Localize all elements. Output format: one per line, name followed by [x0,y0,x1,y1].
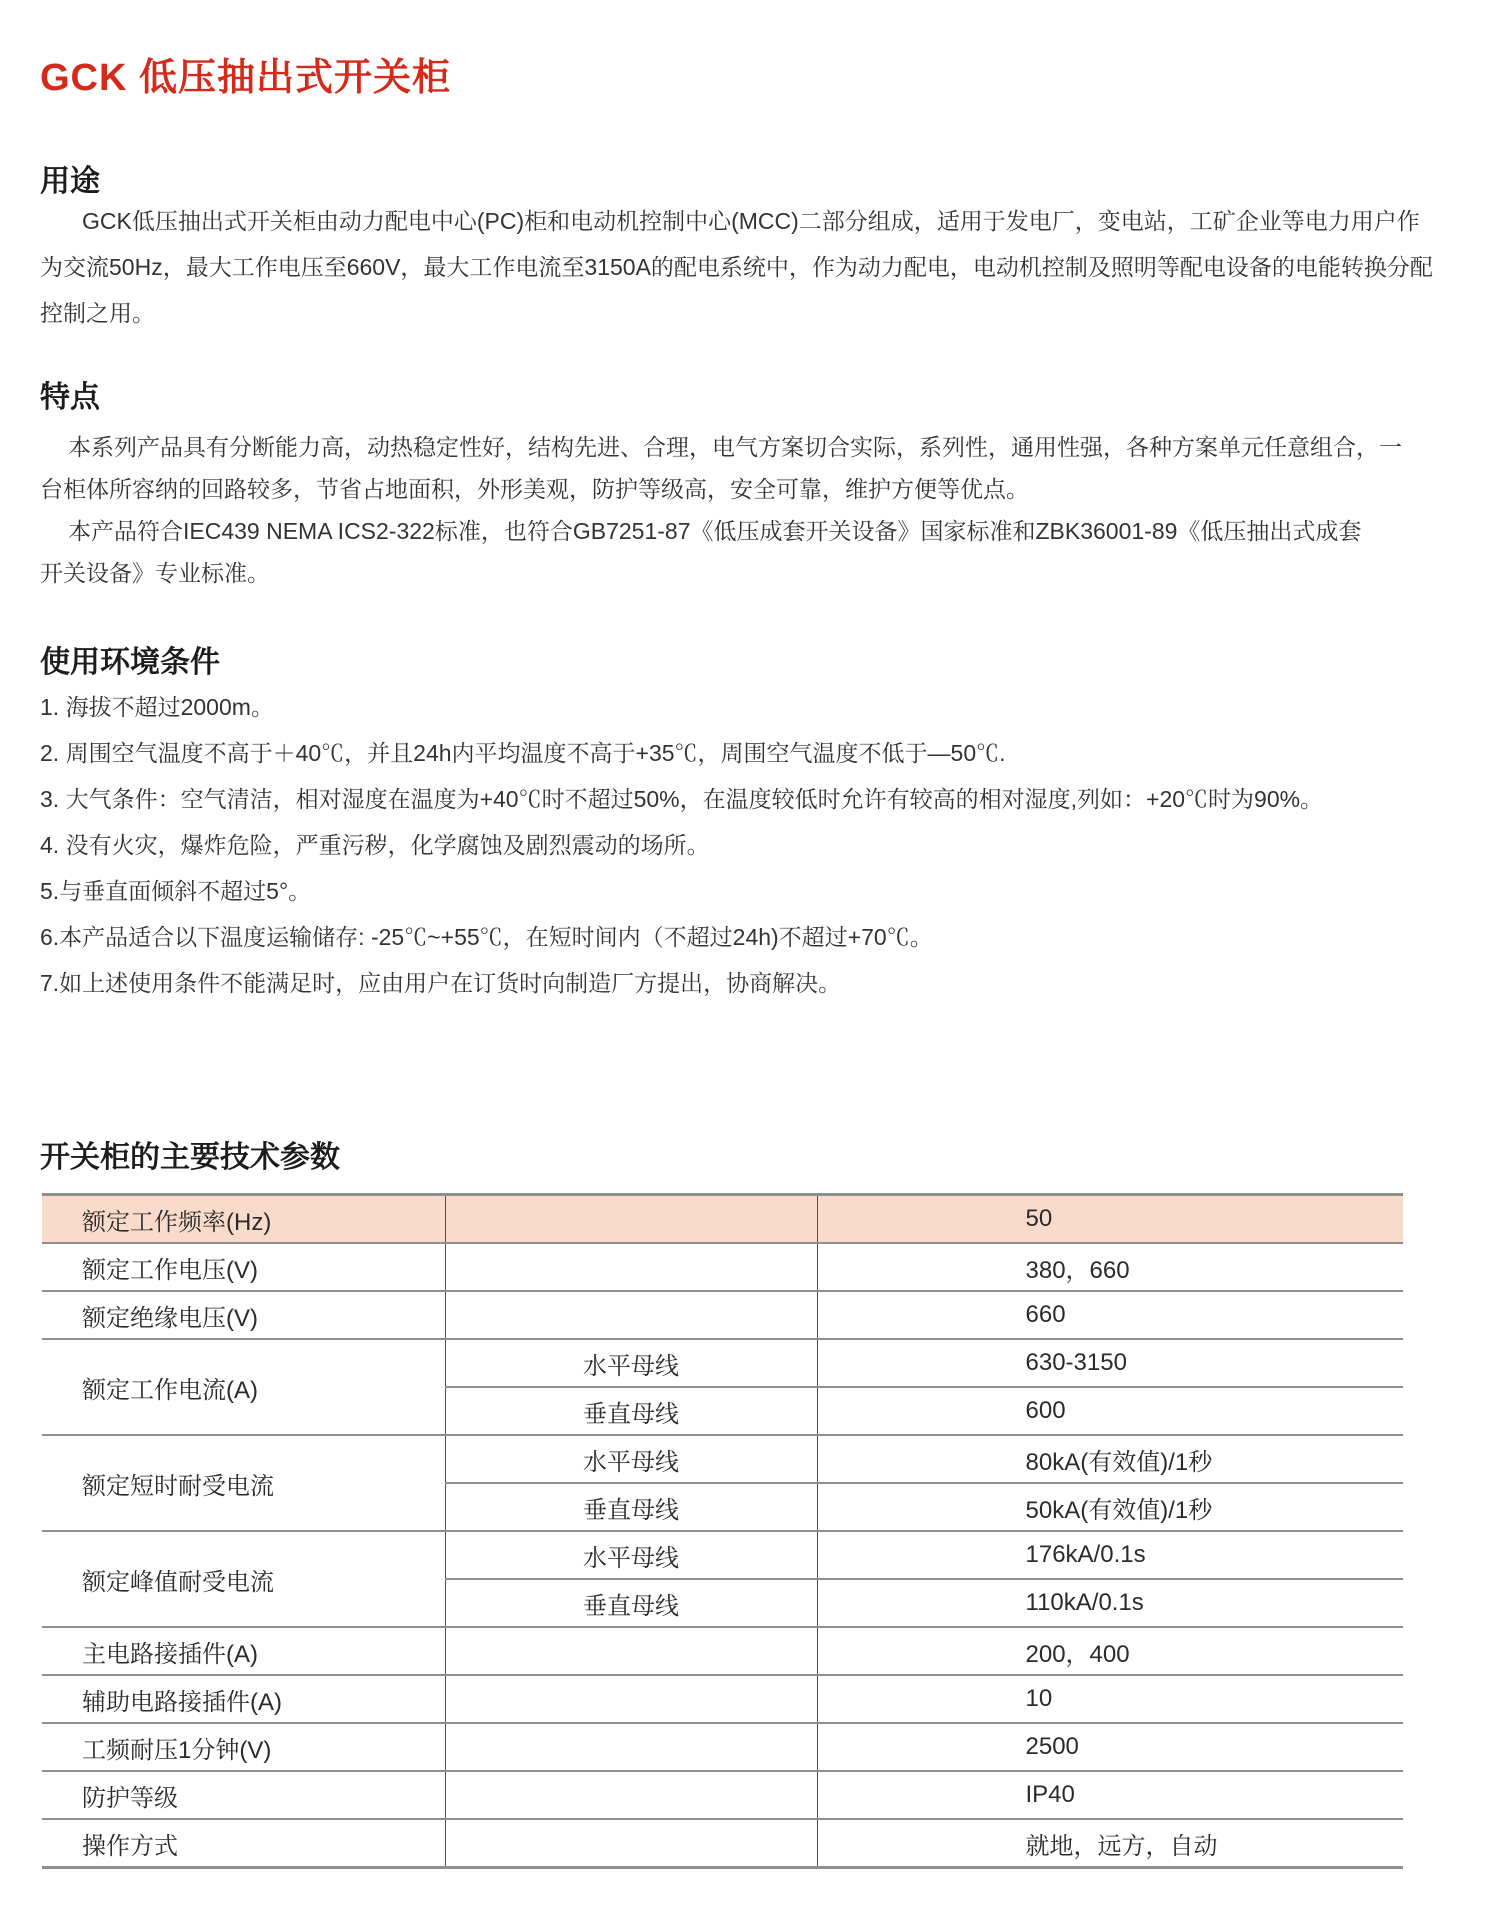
param-label: 操作方式 [42,1819,445,1868]
param-value: 660 [817,1291,1403,1339]
param-label: 额定峰值耐受电流 [42,1531,445,1627]
table-row: 额定峰值耐受电流 水平母线 176kA/0.1s [42,1531,1403,1579]
table-row: 主电路接插件(A) 200，400 [42,1627,1403,1675]
features-paragraph: 本系列产品具有分断能力高，动热稳定性好，结构先进、合理，电气方案切合实际，系列性… [40,426,1402,594]
param-sub: 垂直母线 [445,1483,817,1531]
param-label: 主电路接插件(A) [42,1627,445,1675]
features-line: 本产品符合IEC439 NEMA ICS2-322标准，也符合GB7251-87… [40,510,1402,552]
document-page: GCK 低压抽出式开关柜 用途 GCK低压抽出式开关柜由动力配电中心(PC)柜和… [0,0,1500,1925]
param-value: 2500 [817,1723,1403,1771]
page-title: GCK 低压抽出式开关柜 [40,46,451,101]
param-sub [445,1243,817,1291]
param-value: 50 [817,1195,1403,1244]
table-row: 额定工作电流(A) 水平母线 630-3150 [42,1339,1403,1387]
section-heading-features: 特点 [40,372,100,416]
param-value: IP40 [817,1771,1403,1819]
features-line: 台柜体所容纳的回路较多，节省占地面积，外形美观，防护等级高，安全可靠，维护方便等… [40,468,1402,510]
section-heading-parameters: 开关柜的主要技术参数 [40,1132,340,1176]
environment-item: 2. 周围空气温度不高于＋40℃，并且24h内平均温度不高于+35℃，周围空气温… [40,730,1323,776]
param-sub [445,1819,817,1868]
table-row: 防护等级 IP40 [42,1771,1403,1819]
environment-item: 6.本产品适合以下温度运输储存: -25℃~+55℃，在短时间内（不超过24h)… [40,914,1323,960]
table-row: 辅助电路接插件(A) 10 [42,1675,1403,1723]
param-value: 80kA(有效值)/1秒 [817,1435,1403,1483]
param-value: 10 [817,1675,1403,1723]
usage-line: 控制之用。 [40,290,1433,336]
section-heading-usage: 用途 [40,156,100,200]
environment-item: 3. 大气条件：空气清洁，相对湿度在温度为+40℃时不超过50%，在温度较低时允… [40,776,1323,822]
param-value: 600 [817,1387,1403,1435]
param-sub [445,1771,817,1819]
param-sub [445,1723,817,1771]
param-label: 额定工作电流(A) [42,1339,445,1435]
param-label: 额定绝缘电压(V) [42,1291,445,1339]
table-row: 额定短时耐受电流 水平母线 80kA(有效值)/1秒 [42,1435,1403,1483]
environment-item: 5.与垂直面倾斜不超过5°。 [40,868,1323,914]
param-value: 200，400 [817,1627,1403,1675]
table-row: 工频耐压1分钟(V) 2500 [42,1723,1403,1771]
param-sub [445,1291,817,1339]
param-label: 额定工作电压(V) [42,1243,445,1291]
table-row: 操作方式 就地，远方，自动 [42,1819,1403,1868]
environment-item: 7.如上述使用条件不能满足时，应由用户在订货时向制造厂方提出，协商解决。 [40,960,1323,1006]
param-sub: 水平母线 [445,1531,817,1579]
param-label: 额定短时耐受电流 [42,1435,445,1531]
table-row: 额定绝缘电压(V) 660 [42,1291,1403,1339]
param-label: 额定工作频率(Hz) [42,1195,445,1244]
param-sub: 垂直母线 [445,1387,817,1435]
features-line: 本系列产品具有分断能力高，动热稳定性好，结构先进、合理，电气方案切合实际，系列性… [40,426,1402,468]
param-value: 380，660 [817,1243,1403,1291]
param-value: 就地，远方，自动 [817,1819,1403,1868]
param-sub: 垂直母线 [445,1579,817,1627]
usage-line: 为交流50Hz，最大工作电压至660V，最大工作电流至3150A的配电系统中，作… [40,244,1433,290]
environment-item: 4. 没有火灾，爆炸危险，严重污秽，化学腐蚀及剧烈震动的场所。 [40,822,1323,868]
usage-paragraph: GCK低压抽出式开关柜由动力配电中心(PC)柜和电动机控制中心(MCC)二部分组… [40,198,1433,336]
param-sub: 水平母线 [445,1435,817,1483]
param-label: 工频耐压1分钟(V) [42,1723,445,1771]
parameters-table: 额定工作频率(Hz) 50 额定工作电压(V) 380，660 额定绝缘电压(V… [42,1193,1403,1869]
table-row: 额定工作电压(V) 380，660 [42,1243,1403,1291]
section-heading-environment: 使用环境条件 [40,637,220,681]
param-value: 176kA/0.1s [817,1531,1403,1579]
param-sub [445,1675,817,1723]
features-line: 开关设备》专业标准。 [40,552,1402,594]
param-sub [445,1627,817,1675]
param-value: 50kA(有效值)/1秒 [817,1483,1403,1531]
environment-list: 1. 海拔不超过2000m。 2. 周围空气温度不高于＋40℃，并且24h内平均… [40,684,1323,1006]
table-row: 额定工作频率(Hz) 50 [42,1195,1403,1244]
param-value: 630-3150 [817,1339,1403,1387]
param-sub: 水平母线 [445,1339,817,1387]
param-label: 辅助电路接插件(A) [42,1675,445,1723]
environment-item: 1. 海拔不超过2000m。 [40,684,1323,730]
usage-line: GCK低压抽出式开关柜由动力配电中心(PC)柜和电动机控制中心(MCC)二部分组… [40,198,1433,244]
param-label: 防护等级 [42,1771,445,1819]
param-sub [445,1195,817,1244]
param-value: 110kA/0.1s [817,1579,1403,1627]
